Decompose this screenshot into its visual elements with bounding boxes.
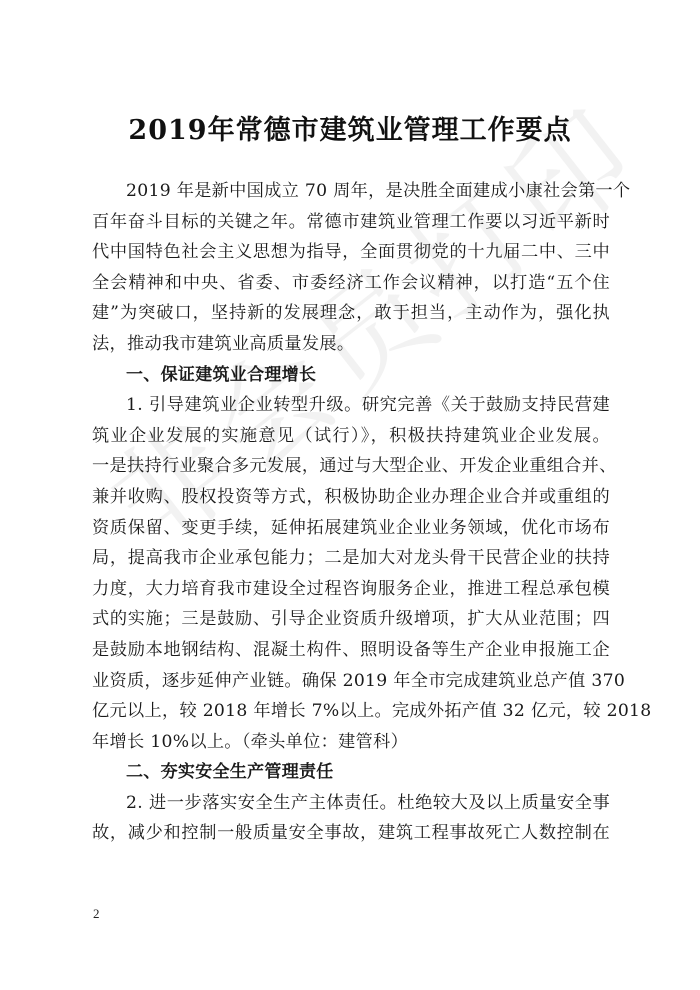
paragraph-line: 兼并收购、股权投资等方式，积极协助企业办理企业合并或重组的 — [92, 482, 610, 513]
paragraph-line: 年增长 10%以上。（牵头单位：建管科） — [92, 727, 610, 758]
paragraph-line: 百年奋斗目标的关键之年。常德市建筑业管理工作要以习近平新时 — [92, 207, 610, 238]
paragraph-line: 建”为突破口，坚持新的发展理念，敢于担当，主动作为，强化执 — [92, 298, 610, 329]
paragraph-line: 2019 年是新中国成立 70 周年，是决胜全面建成小康社会第一个 — [92, 176, 610, 207]
section-heading-2: 二、夯实安全生产管理责任 — [92, 757, 610, 788]
paragraph-line: 业资质，逐步延伸产业链。确保 2019 年全市完成建筑业总产值 370 — [92, 666, 610, 697]
document-page: 非会员打印 2019年常德市建筑业管理工作要点 2019 年是新中国成立 70 … — [0, 0, 700, 990]
document-body: 2019 年是新中国成立 70 周年，是决胜全面建成小康社会第一个 百年奋斗目标… — [92, 176, 610, 849]
paragraph-line: 筑业企业发展的实施意见（试行）》，积极扶持建筑业企业发展。 — [92, 421, 610, 452]
paragraph-line: 一是扶持行业聚合多元发展，通过与大型企业、开发企业重组合并、 — [92, 451, 610, 482]
paragraph-line: 故，减少和控制一般质量安全事故，建筑工程事故死亡人数控制在 — [92, 818, 610, 849]
document-title: 2019年常德市建筑业管理工作要点 — [0, 108, 700, 147]
paragraph-line: 亿元以上，较 2018 年增长 7%以上。完成外拓产值 32 亿元，较 2018 — [92, 696, 610, 727]
paragraph-line: 式的实施；三是鼓励、引导企业资质升级增项，扩大从业范围；四 — [92, 604, 610, 635]
section-heading-1: 一、保证建筑业合理增长 — [92, 360, 610, 391]
paragraph-line: 局，提高我市企业承包能力；二是加大对龙头骨干民营企业的扶持 — [92, 543, 610, 574]
paragraph-line: 法，推动我市建筑业高质量发展。 — [92, 329, 610, 360]
paragraph-line: 力度，大力培育我市建设全过程咨询服务企业，推进工程总承包模 — [92, 574, 610, 605]
paragraph-line: 全会精神和中央、省委、市委经济工作会议精神，以打造“五个住 — [92, 268, 610, 299]
paragraph-line: 是鼓励本地钢结构、混凝土构件、照明设备等生产企业申报施工企 — [92, 635, 610, 666]
paragraph-line: 资质保留、变更手续，延伸拓展建筑业企业业务领域，优化市场布 — [92, 513, 610, 544]
paragraph-line: 代中国特色社会主义思想为指导，全面贯彻党的十九届二中、三中 — [92, 237, 610, 268]
paragraph-line: 1. 引导建筑业企业转型升级。研究完善《关于鼓励支持民营建 — [92, 390, 610, 421]
paragraph-line: 2. 进一步落实安全生产主体责任。杜绝较大及以上质量安全事 — [92, 788, 610, 819]
page-number: 2 — [93, 906, 100, 922]
